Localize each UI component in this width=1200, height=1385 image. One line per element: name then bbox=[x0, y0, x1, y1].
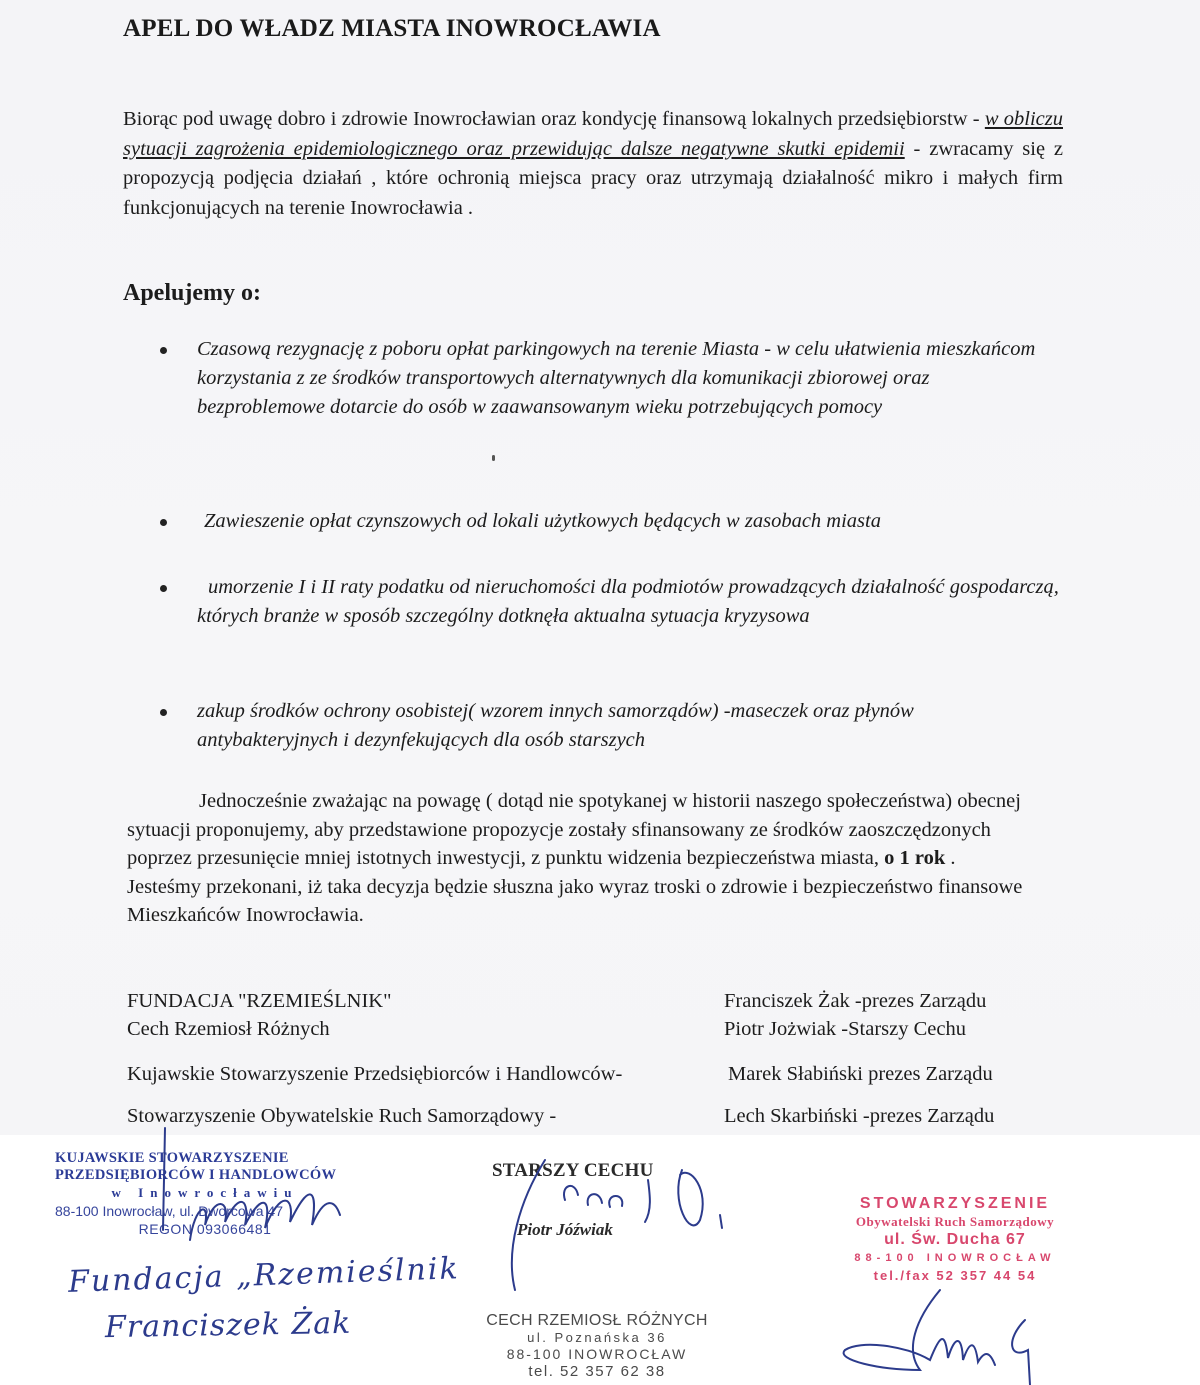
stamp-stowarzyszenie: STOWARZYSZENIE Obywatelski Ruch Samorząd… bbox=[820, 1195, 1090, 1285]
stamp-line: tel./fax 52 357 44 54 bbox=[820, 1267, 1090, 1285]
stamp-line: STOWARZYSZENIE bbox=[820, 1195, 1090, 1213]
stamp-line: 88-100 Inowrocław, ul. Dworcowa 47 bbox=[55, 1202, 355, 1220]
stamp-line: PRZEDSIĘBIORCÓW I HANDLOWCÓW bbox=[55, 1167, 355, 1184]
bullet-icon bbox=[160, 585, 167, 592]
bullet-icon bbox=[160, 519, 167, 526]
signatory-person: Piotr Jożwiak -Starszy Cechu bbox=[724, 1015, 966, 1043]
appeal-text: umorzenie I i II raty podatku od nieruch… bbox=[197, 573, 1060, 631]
stamp-line: Obywatelski Ruch Samorządowy bbox=[820, 1213, 1090, 1231]
appeal-item: Czasową rezygnację z poboru opłat parkin… bbox=[160, 335, 1060, 422]
closing-end: . bbox=[945, 847, 955, 869]
signatory-organization: FUNDACJA "RZEMIEŚLNIK" bbox=[127, 987, 391, 1015]
appeal-text: zakup środków ochrony osobistej( wzorem … bbox=[197, 697, 1060, 755]
handwritten-name: Franciszek Żak bbox=[105, 1306, 352, 1345]
appeal-text: Zawieszenie opłat czynszowych od lokali … bbox=[204, 507, 1060, 536]
intro-text-start: Biorąc pod uwagę dobro i zdrowie Inowroc… bbox=[123, 108, 985, 130]
closing-emphasis: o 1 rok bbox=[884, 847, 945, 869]
closing-paragraph: Jednocześnie zważając na powagę ( dotąd … bbox=[127, 787, 1027, 930]
stamp-line: tel. 52 357 62 38 bbox=[462, 1363, 732, 1380]
signatory-person: Franciszek Żak -prezes Zarządu bbox=[724, 987, 986, 1015]
signatory-person: Lech Skarbiński -prezes Zarządu bbox=[724, 1102, 994, 1130]
document-title: APEL DO WŁADZ MIASTA INOWROCŁAWIA bbox=[123, 15, 661, 43]
signatory-organization: Kujawskie Stowarzyszenie Przedsiębiorców… bbox=[127, 1060, 622, 1088]
stamp-name: Piotr Jóźwiak bbox=[517, 1220, 613, 1240]
stamp-heading: STARSZY CECHU bbox=[492, 1160, 654, 1182]
appeal-item: umorzenie I i II raty podatku od nieruch… bbox=[160, 573, 1060, 631]
stamp-cech-rzemiosl: CECH RZEMIOSŁ RÓŻNYCH ul. Poznańska 36 8… bbox=[462, 1312, 732, 1380]
stamp-line: KUJAWSKIE STOWARZYSZENIE bbox=[55, 1150, 355, 1167]
stamp-line: 88-100 INOWROCŁAW bbox=[462, 1346, 732, 1363]
stamp-line: CECH RZEMIOSŁ RÓŻNYCH bbox=[462, 1312, 732, 1329]
stamp-starszy-cechu: STARSZY CECHU Piotr Jóźwiak bbox=[492, 1160, 654, 1182]
signatory-organization: Stowarzyszenie Obywatelskie Ruch Samorzą… bbox=[127, 1102, 556, 1130]
stamp-line: ul. Poznańska 36 bbox=[462, 1329, 732, 1346]
scan-speck bbox=[492, 455, 495, 461]
stamp-line: REGON 093066481 bbox=[55, 1220, 355, 1238]
appeal-heading: Apelujemy o: bbox=[123, 280, 261, 307]
appeal-text: Czasową rezygnację z poboru opłat parkin… bbox=[197, 335, 1060, 422]
bullet-icon bbox=[160, 347, 167, 354]
stamp-line: 88-100 INOWROCŁAW bbox=[820, 1249, 1090, 1267]
appeal-item: Zawieszenie opłat czynszowych od lokali … bbox=[160, 507, 1060, 536]
signatory-person: Marek Słabiński prezes Zarządu bbox=[728, 1060, 993, 1088]
appeal-item: zakup środków ochrony osobistej( wzorem … bbox=[160, 697, 1060, 755]
closing-conviction: Jesteśmy przekonani, iż taka decyzja będ… bbox=[127, 876, 1022, 927]
stamp-line: w Inowrocławiu bbox=[55, 1184, 355, 1202]
closing-indent bbox=[127, 790, 199, 812]
signatory-organization: Cech Rzemiosł Różnych bbox=[127, 1015, 330, 1043]
stamp-kujawskie: KUJAWSKIE STOWARZYSZENIE PRZEDSIĘBIORCÓW… bbox=[55, 1150, 355, 1238]
intro-paragraph: Biorąc pod uwagę dobro i zdrowie Inowroc… bbox=[123, 105, 1063, 223]
bullet-icon bbox=[160, 709, 167, 716]
stamp-line: ul. Św. Ducha 67 bbox=[820, 1231, 1090, 1249]
